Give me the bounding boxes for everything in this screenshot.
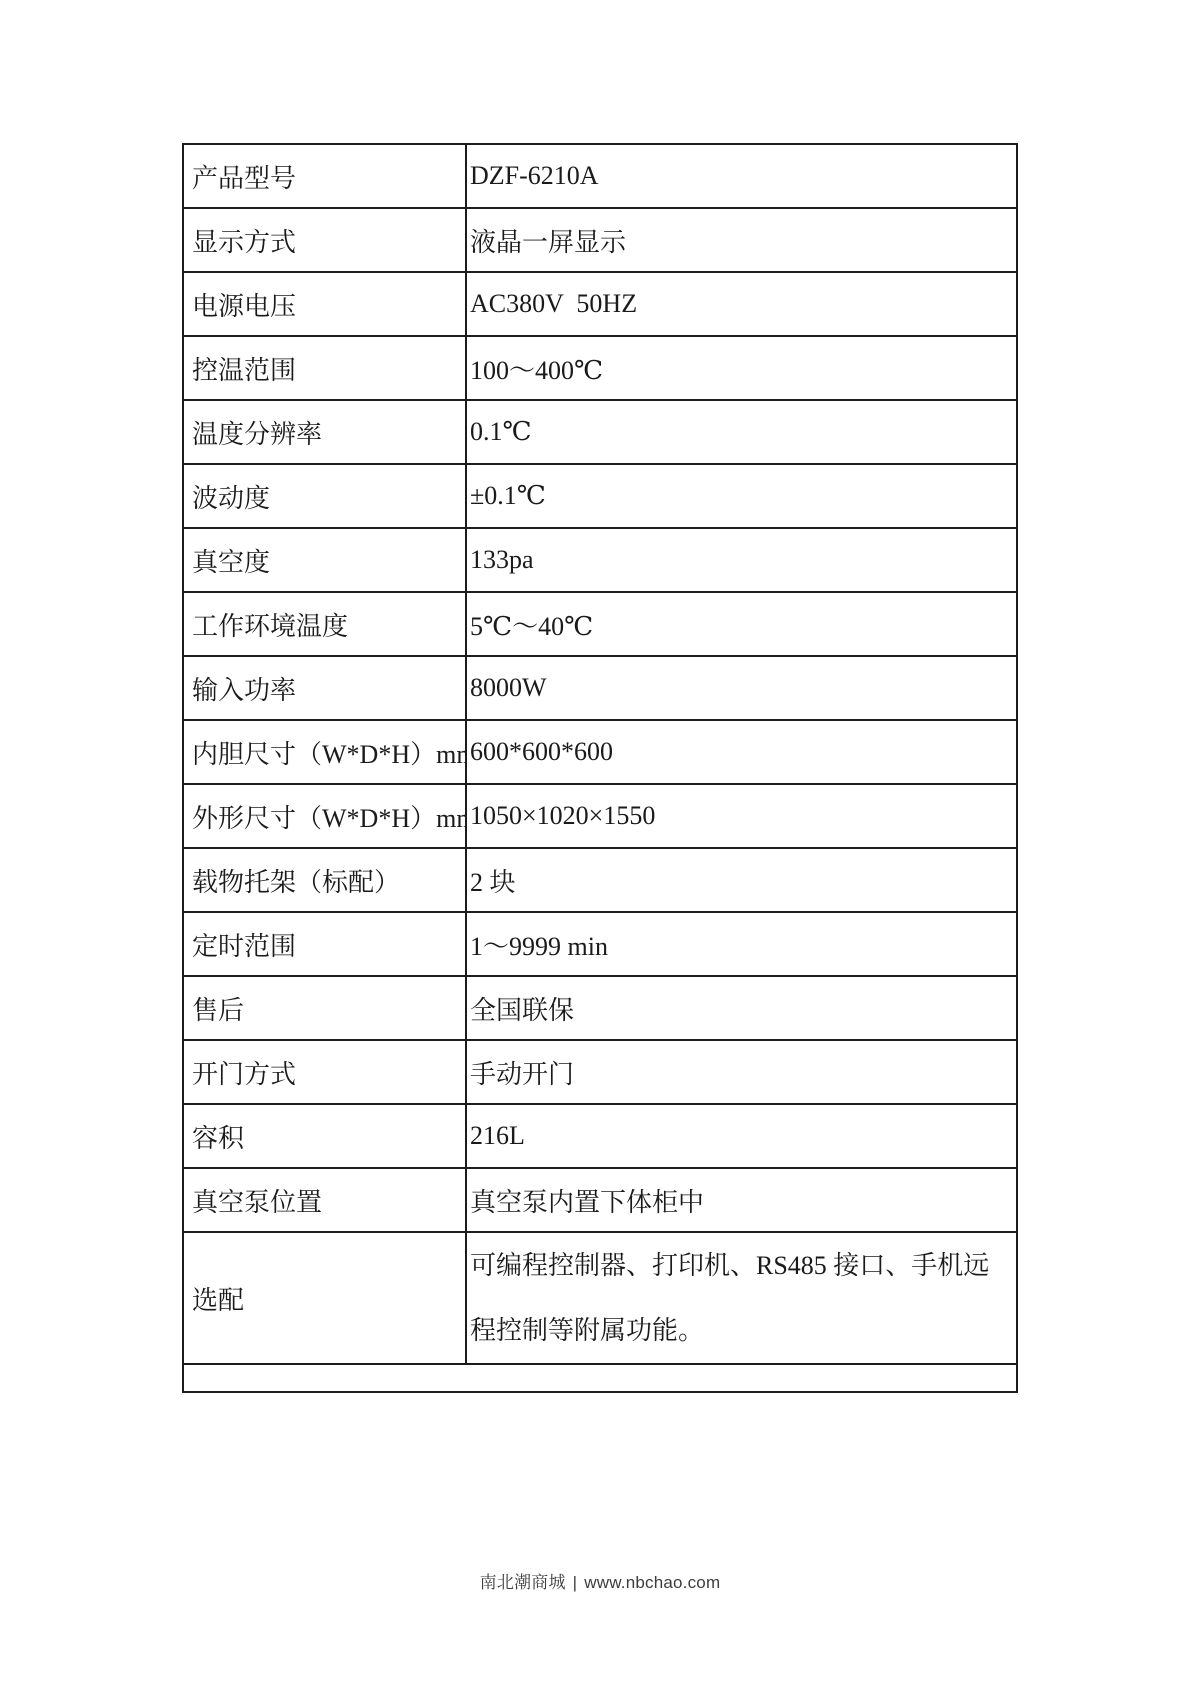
spec-label: 定时范围 [183, 912, 466, 976]
spec-label: 选配 [183, 1232, 466, 1364]
spec-row: 波动度±0.1℃ [183, 464, 1017, 528]
spec-row: 内胆尺寸（W*D*H）mm600*600*600 [183, 720, 1017, 784]
spec-value: DZF-6210A [466, 144, 1017, 208]
spec-label: 容积 [183, 1104, 466, 1168]
spec-row: 定时范围1～9999 min [183, 912, 1017, 976]
spec-label: 工作环境温度 [183, 592, 466, 656]
spec-row: 控温范围100～400℃ [183, 336, 1017, 400]
document-page: 产品型号DZF-6210A显示方式液晶一屏显示电源电压AC380V 50HZ控温… [0, 0, 1200, 1697]
spec-value: 2 块 [466, 848, 1017, 912]
spec-value: 5℃～40℃ [466, 592, 1017, 656]
spec-label: 开门方式 [183, 1040, 466, 1104]
empty-row [183, 1364, 1017, 1392]
spec-table-body: 产品型号DZF-6210A显示方式液晶一屏显示电源电压AC380V 50HZ控温… [183, 144, 1017, 1392]
spec-label: 波动度 [183, 464, 466, 528]
page-footer: 南北潮商城|www.nbchao.com [0, 1568, 1200, 1593]
spec-row: 电源电压AC380V 50HZ [183, 272, 1017, 336]
spec-label: 外形尺寸（W*D*H）mm [183, 784, 466, 848]
product-spec-table: 产品型号DZF-6210A显示方式液晶一屏显示电源电压AC380V 50HZ控温… [182, 143, 1018, 1393]
spec-label: 电源电压 [183, 272, 466, 336]
spec-row: 真空泵位置真空泵内置下体柜中 [183, 1168, 1017, 1232]
spec-value: 液晶一屏显示 [466, 208, 1017, 272]
spec-row: 载物托架（标配）2 块 [183, 848, 1017, 912]
spec-value: AC380V 50HZ [466, 272, 1017, 336]
spec-label: 载物托架（标配） [183, 848, 466, 912]
spec-label: 输入功率 [183, 656, 466, 720]
spec-value: 0.1℃ [466, 400, 1017, 464]
spec-label: 显示方式 [183, 208, 466, 272]
spec-value: 真空泵内置下体柜中 [466, 1168, 1017, 1232]
spec-row: 显示方式液晶一屏显示 [183, 208, 1017, 272]
spec-row: 选配可编程控制器、打印机、RS485 接口、手机远程控制等附属功能。 [183, 1232, 1017, 1364]
spec-value: 1～9999 min [466, 912, 1017, 976]
spec-value: 可编程控制器、打印机、RS485 接口、手机远程控制等附属功能。 [466, 1232, 1017, 1364]
footer-url-link[interactable]: www.nbchao.com [584, 1573, 720, 1592]
spec-row: 工作环境温度5℃～40℃ [183, 592, 1017, 656]
spec-value: 216L [466, 1104, 1017, 1168]
spec-label: 内胆尺寸（W*D*H）mm [183, 720, 466, 784]
empty-cell [183, 1364, 1017, 1392]
spec-row: 售后全国联保 [183, 976, 1017, 1040]
footer-separator: | [573, 1573, 578, 1592]
spec-label: 售后 [183, 976, 466, 1040]
spec-value: 全国联保 [466, 976, 1017, 1040]
spec-row: 真空度133pa [183, 528, 1017, 592]
spec-row: 开门方式手动开门 [183, 1040, 1017, 1104]
spec-row: 温度分辨率0.1℃ [183, 400, 1017, 464]
spec-row: 容积216L [183, 1104, 1017, 1168]
footer-brand: 南北潮商城 [480, 1573, 566, 1592]
spec-value: ±0.1℃ [466, 464, 1017, 528]
spec-value: 600*600*600 [466, 720, 1017, 784]
spec-row: 产品型号DZF-6210A [183, 144, 1017, 208]
spec-value: 133pa [466, 528, 1017, 592]
spec-label: 真空泵位置 [183, 1168, 466, 1232]
spec-label: 温度分辨率 [183, 400, 466, 464]
spec-label: 产品型号 [183, 144, 466, 208]
spec-row: 输入功率8000W [183, 656, 1017, 720]
spec-label: 控温范围 [183, 336, 466, 400]
spec-row: 外形尺寸（W*D*H）mm1050×1020×1550 [183, 784, 1017, 848]
spec-value: 手动开门 [466, 1040, 1017, 1104]
spec-label: 真空度 [183, 528, 466, 592]
spec-value: 1050×1020×1550 [466, 784, 1017, 848]
spec-value: 8000W [466, 656, 1017, 720]
spec-value: 100～400℃ [466, 336, 1017, 400]
